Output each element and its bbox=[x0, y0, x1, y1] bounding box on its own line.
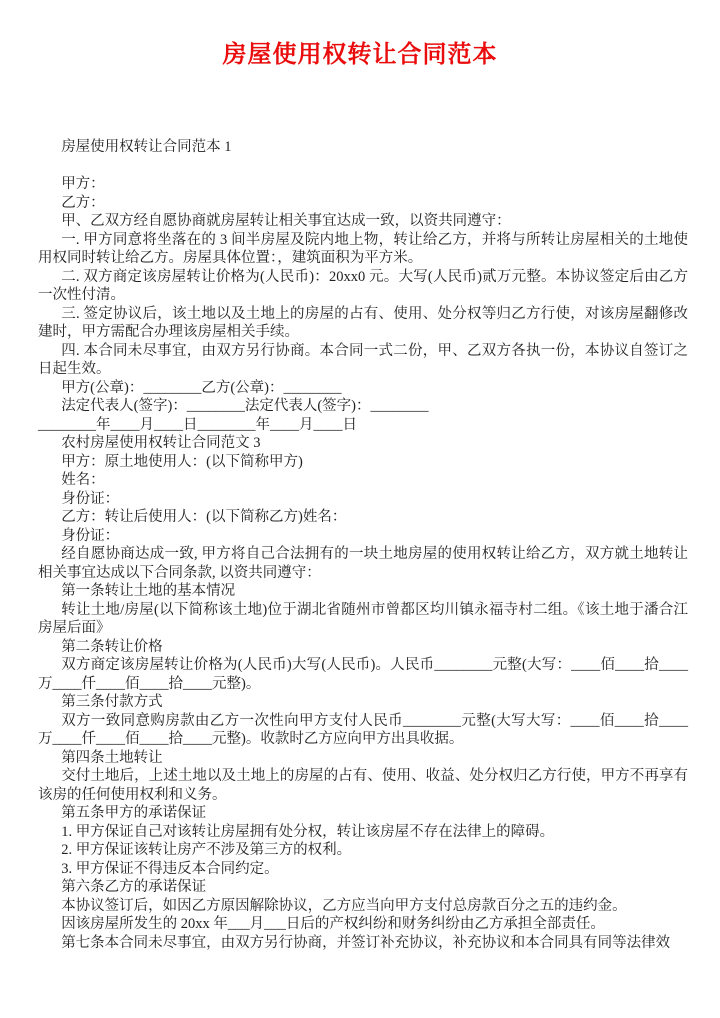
paragraph-line: 甲方(公章)：________乙方(公章)：________ bbox=[38, 379, 688, 398]
title-gap bbox=[0, 70, 720, 138]
paragraph-line: 乙方：转让后使用人：(以下简称乙方)姓名： bbox=[38, 508, 688, 527]
paragraph-line: 2. 甲方保证该转让房产不涉及第三方的权利。 bbox=[38, 841, 688, 860]
paragraph-line: 二. 双方商定该房屋转让价格为(人民币)：20xx0 元。大写(人民币)贰万元整… bbox=[38, 268, 688, 305]
paragraph-line: 因该房屋所发生的 20xx 年___月___日后的产权纠纷和财务纠纷由乙方承担全… bbox=[38, 915, 688, 934]
paragraph-line: 本协议签订后，如因乙方原因解除协议，乙方应当向甲方支付总房款百分之五的违约金。 bbox=[38, 897, 688, 916]
document-body: 房屋使用权转让合同范本 1甲方：乙方：甲、乙双方经自愿协商就房屋转让相关事宜达成… bbox=[0, 138, 720, 952]
document-title: 房屋使用权转让合同范本 bbox=[0, 0, 720, 70]
paragraph-line: 乙方： bbox=[38, 194, 688, 213]
paragraph-line: 双方商定该房屋转让价格为(人民币)大写(人民币)。人民币________元整(大… bbox=[38, 656, 688, 693]
paragraph-line: 第一条转让土地的基本情况 bbox=[38, 582, 688, 601]
paragraph-line: 3. 甲方保证不得违反本合同约定。 bbox=[38, 860, 688, 879]
paragraph-line: 四. 本合同未尽事宜，由双方另行协商。本合同一式二份，甲、乙双方各执一份，本协议… bbox=[38, 342, 688, 379]
paragraph-line: 身份证： bbox=[38, 490, 688, 509]
paragraph-line: 第三条付款方式 bbox=[38, 693, 688, 712]
paragraph-line: 第七条本合同未尽事宜，由双方另行协商，并签订补充协议，补充协议和本合同具有同等法… bbox=[38, 934, 688, 953]
paragraph-line: 第六条乙方的承诺保证 bbox=[38, 878, 688, 897]
paragraph-line: 第五条甲方的承诺保证 bbox=[38, 804, 688, 823]
paragraph-line: 转让土地/房屋(以下简称该土地)位于湖北省随州市曾都区均川镇永福寺村二组。《该土… bbox=[38, 601, 688, 638]
paragraph-line: 法定代表人(签字)：________法定代表人(签字)：________ bbox=[38, 397, 688, 416]
paragraph-line: 姓名： bbox=[38, 471, 688, 490]
paragraph-line: 房屋使用权转让合同范本 1 bbox=[38, 138, 688, 157]
paragraph-line: 甲方：原土地使用人：(以下简称甲方) bbox=[38, 453, 688, 472]
paragraph-line: 一. 甲方同意将坐落在的 3 间半房屋及院内地上物，转让给乙方，并将与所转让房屋… bbox=[38, 231, 688, 268]
paragraph-line: 1. 甲方保证自己对该转让房屋拥有处分权，转让该房屋不存在法律上的障碍。 bbox=[38, 823, 688, 842]
document-page: 房屋使用权转让合同范本 房屋使用权转让合同范本 1甲方：乙方：甲、乙双方经自愿协… bbox=[0, 0, 720, 1018]
paragraph-line: 经自愿协商达成一致, 甲方将自己合法拥有的一块土地房屋的使用权转让给乙方，双方就… bbox=[38, 545, 688, 582]
paragraph-line: 甲方： bbox=[38, 175, 688, 194]
paragraph-line bbox=[38, 157, 688, 176]
paragraph-line: 农村房屋使用权转让合同范文 3 bbox=[38, 434, 688, 453]
paragraph-line: ________年____月____日________年____月____日 bbox=[38, 416, 688, 435]
paragraph-line: 交付土地后，上述土地以及土地上的房屋的占有、使用、收益、处分权归乙方行使，甲方不… bbox=[38, 767, 688, 804]
paragraph-line: 甲、乙双方经自愿协商就房屋转让相关事宜达成一致，以资共同遵守： bbox=[38, 212, 688, 231]
paragraph-line: 双方一致同意购房款由乙方一次性向甲方支付人民币________元整(大写大写：_… bbox=[38, 712, 688, 749]
paragraph-line: 三. 签定协议后，该土地以及土地上的房屋的占有、使用、处分权等归乙方行使，对该房… bbox=[38, 305, 688, 342]
paragraph-line: 第二条转让价格 bbox=[38, 638, 688, 657]
paragraph-line: 第四条土地转让 bbox=[38, 749, 688, 768]
paragraph-line: 身份证： bbox=[38, 527, 688, 546]
